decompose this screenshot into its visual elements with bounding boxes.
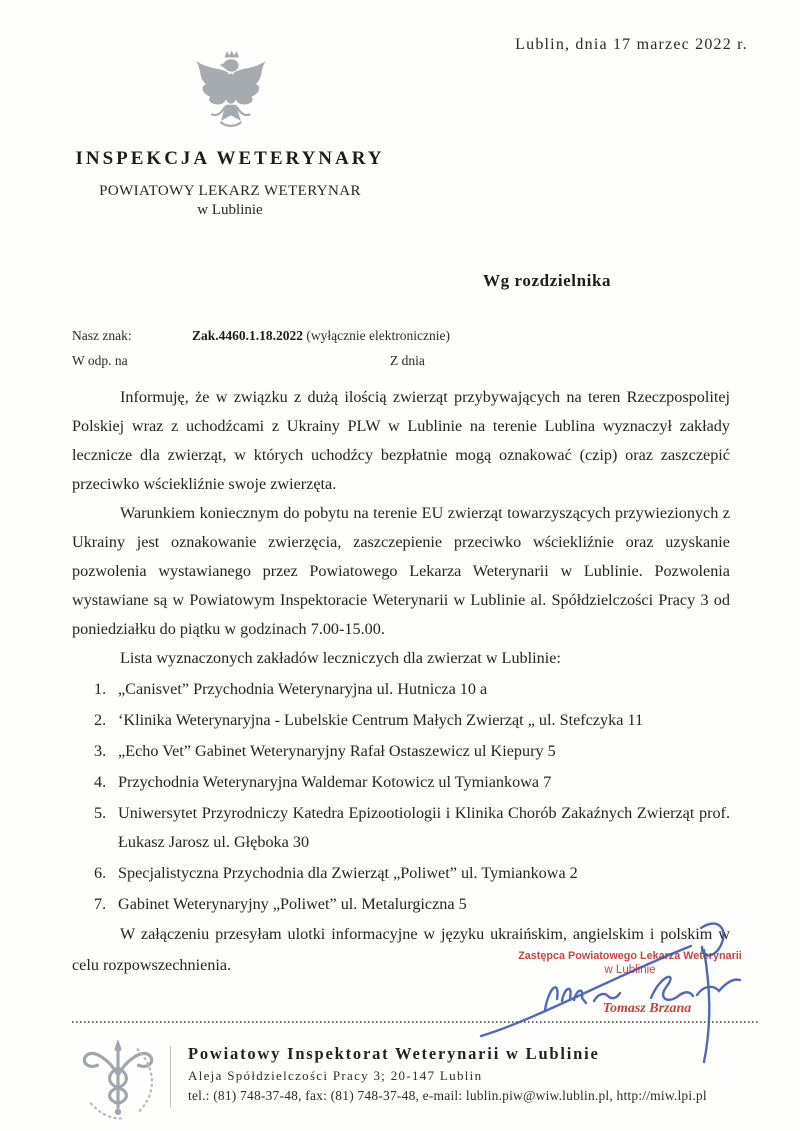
letter-page: Lublin, dnia 17 marzec 2022 r.	[0, 0, 800, 1131]
list-item-text: „Canisvet” Przychodnia Weterynaryjna ul.…	[118, 675, 730, 704]
list-item-text: Gabinet Weterynaryjny „Poliwet” ul. Meta…	[118, 890, 730, 919]
list-item-number: 1.	[94, 675, 118, 704]
list-item: 5.Uniwersytet Przyrodniczy Katedra Epizo…	[72, 799, 730, 857]
list-item: 1.„Canisvet” Przychodnia Weterynaryjna u…	[72, 675, 730, 704]
paragraph-1: Informuję, że w związku z dużą ilością z…	[72, 383, 730, 499]
list-item: 7.Gabinet Weterynaryjny „Poliwet” ul. Me…	[72, 890, 730, 919]
case-number: Zak.4460.1.18.2022	[192, 328, 303, 343]
org-subtitle: POWIATOWY LEKARZ WETERYNAR	[60, 183, 400, 200]
paragraph-2: Warunkiem koniecznym do pobytu na tereni…	[72, 499, 730, 644]
list-item-number: 4.	[94, 768, 118, 797]
handwritten-signature-ink	[465, 916, 785, 1066]
list-item-number: 6.	[94, 859, 118, 888]
reference-row-nasz-znak: Nasz znak: Zak.4460.1.18.2022 (wyłącznie…	[72, 328, 672, 344]
list-item-number: 2.	[94, 706, 118, 735]
footer-address: Aleja Spółdzielczości Pracy 3; 20-147 Lu…	[188, 1068, 768, 1084]
date-line: Lublin, dnia 17 marzec 2022 r.	[515, 36, 748, 54]
distribution-line: Wg rozdzielnika	[483, 271, 611, 291]
list-item-text: ‘Klinika Weterynaryjna - Lubelskie Centr…	[118, 706, 730, 735]
list-item-number: 7.	[94, 890, 118, 919]
z-dnia-label: Z dnia	[390, 353, 425, 369]
list-item: 2.‘Klinika Weterynaryjna - Lubelskie Cen…	[72, 706, 730, 735]
polish-eagle-icon	[60, 48, 400, 140]
clinic-list-intro: Lista wyznaczonych zakładów leczniczych …	[72, 644, 730, 673]
list-item-number: 5.	[94, 799, 118, 857]
w-odp-label: W odp. na	[72, 353, 128, 369]
reference-row-w-odp: W odp. na Z dnia	[72, 353, 672, 369]
clinic-list: 1.„Canisvet” Przychodnia Weterynaryjna u…	[72, 675, 730, 919]
org-location: w Lublinie	[60, 202, 400, 219]
letter-body: Informuję, że w związku z dużą ilością z…	[72, 383, 730, 981]
list-item: 3.„Echo Vet” Gabinet Weterynaryjny Rafał…	[72, 737, 730, 766]
list-item-text: Przychodnia Weterynaryjna Waldemar Kotow…	[118, 768, 730, 797]
list-item: 4.Przychodnia Weterynaryjna Waldemar Kot…	[72, 768, 730, 797]
letterhead: INSPEKCJA WETERYNARY POWIATOWY LEKARZ WE…	[60, 48, 400, 219]
nasz-znak-note: (wyłącznie elektronicznie)	[306, 328, 450, 343]
list-item-text: „Echo Vet” Gabinet Weterynaryjny Rafał O…	[118, 737, 730, 766]
nasz-znak-value: Zak.4460.1.18.2022 (wyłącznie elektronic…	[192, 328, 450, 344]
org-title: INSPEKCJA WETERYNARY	[60, 148, 400, 170]
list-item-text: Uniwersytet Przyrodniczy Katedra Epizoot…	[118, 799, 730, 857]
nasz-znak-label: Nasz znak:	[72, 328, 132, 344]
footer-divider	[170, 1046, 171, 1108]
list-item-text: Specjalistyczna Przychodnia dla Zwierząt…	[118, 859, 730, 888]
list-item-number: 3.	[94, 737, 118, 766]
footer-contact: tel.: (81) 748-37-48, fax: (81) 748-37-4…	[188, 1088, 768, 1104]
list-item: 6.Specjalistyczna Przychodnia dla Zwierz…	[72, 859, 730, 888]
veterinary-caduceus-icon	[76, 1040, 160, 1129]
